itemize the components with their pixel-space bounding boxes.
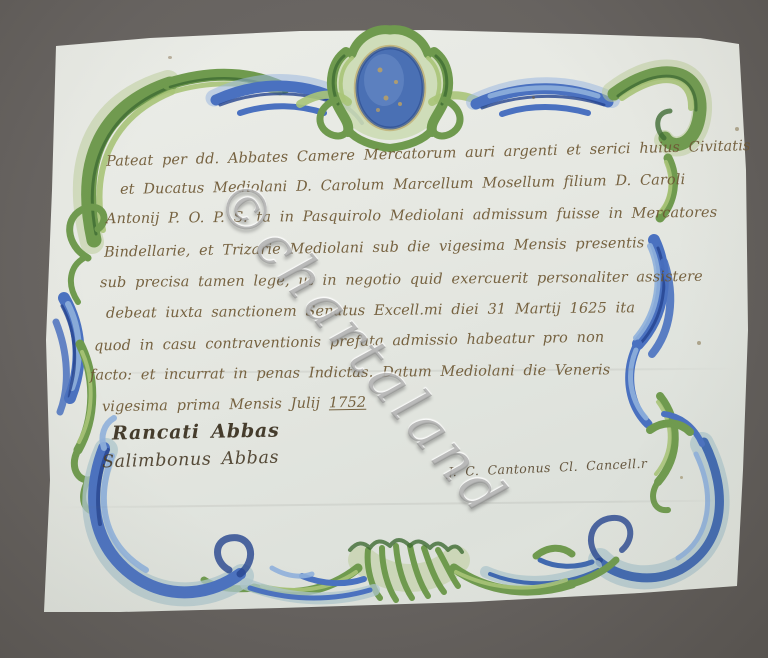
bottom-left-scrollwork (94, 418, 374, 598)
date-line-year: 1752 (329, 395, 367, 412)
fox-spot (168, 56, 172, 59)
watercolor-border-art (0, 0, 768, 658)
top-center-cartouche (300, 30, 484, 148)
photo-stage: Pateat per dd. Abbates Camere Mercatorum… (0, 0, 768, 658)
fox-spot (532, 96, 535, 99)
fox-spot (735, 127, 739, 131)
fox-spot (680, 476, 683, 479)
bottom-right-scrollwork (486, 414, 719, 583)
fox-spot (697, 341, 701, 345)
coat-of-arms-medallion (355, 46, 425, 130)
signature-rancati-abbas: Rancati Abbas (112, 420, 280, 445)
